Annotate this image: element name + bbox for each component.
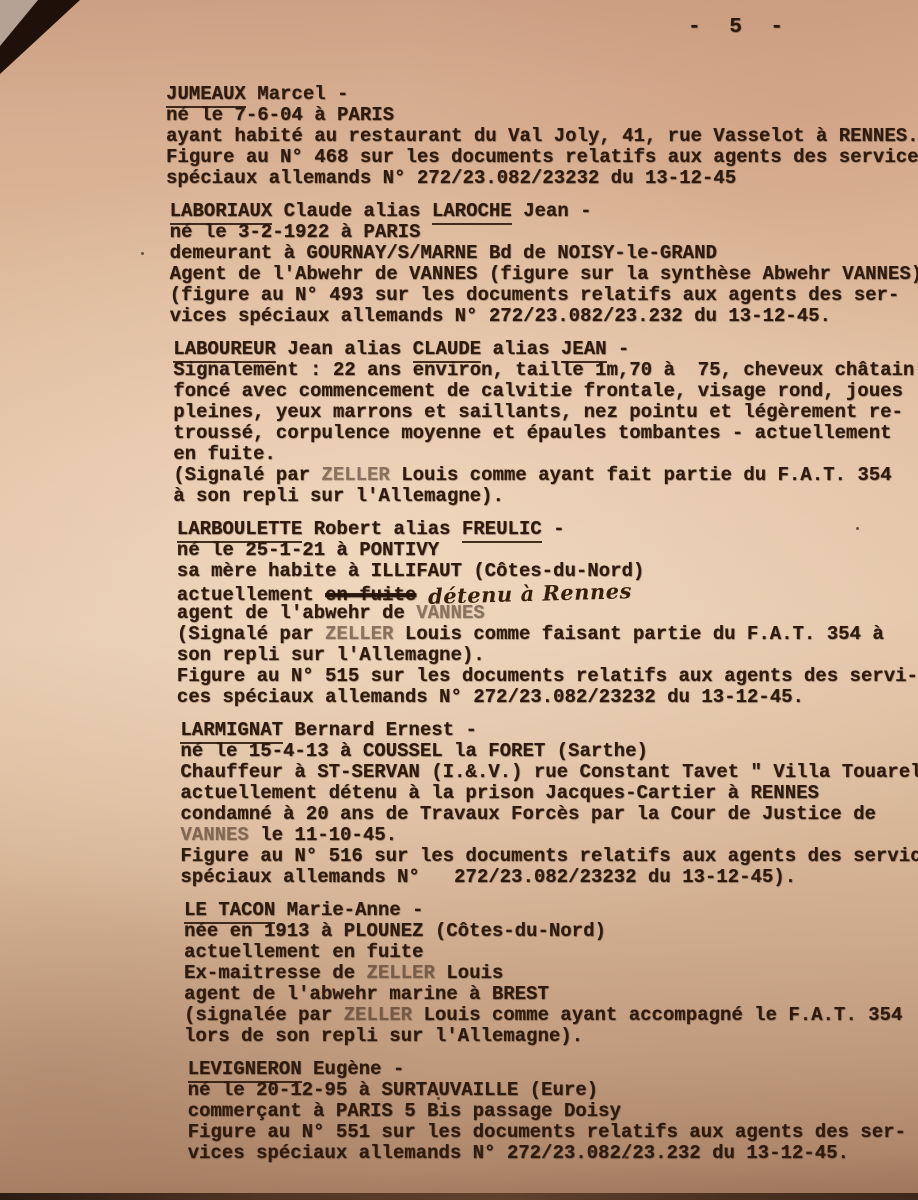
- ink-speck: [856, 527, 859, 530]
- text-run: à son repli sur l'Allemagne).: [173, 485, 504, 507]
- text-run: ces spéciaux allemands N° 272/23.082/232…: [177, 686, 804, 708]
- text-run: ZELLER: [325, 623, 393, 645]
- entry-jumeaux-marcel: JUMEAUX Marcel -né le 7-6-04 à PARISayan…: [0, 84, 918, 189]
- text-run: Jean -: [512, 200, 592, 222]
- entry-line: né le 7-6-04 à PARIS: [166, 105, 918, 126]
- text-run: actuellement en fuite: [184, 941, 423, 963]
- entry-line: Agent de l'Abwehr de VANNES (figure sur …: [170, 264, 918, 285]
- entry-line: actuellement détenu à la prison Jacques-…: [180, 783, 918, 804]
- text-run: née en 1913 à PLOUNEZ (Côtes-du-Nord): [184, 920, 606, 942]
- text-run: Figure au N° 551 sur les documents relat…: [188, 1121, 906, 1143]
- entry-heading: LABOUREUR Jean alias CLAUDE alias JEAN -: [173, 339, 918, 360]
- entry-line: à son repli sur l'Allemagne).: [173, 486, 918, 507]
- entry-line: en fuite.: [173, 444, 918, 465]
- text-run: troussé, corpulence moyenne et épaules t…: [173, 422, 891, 444]
- text-run: son repli sur l'Allemagne).: [177, 644, 485, 666]
- text-run: Marie-Anne -: [275, 899, 423, 921]
- text-run: (Signalé par: [173, 464, 321, 486]
- text-run: vices spéciaux allemands N° 272/23.082/2…: [170, 305, 831, 327]
- text-run: VANNES: [416, 602, 484, 624]
- text-run: Agent de l'Abwehr de VANNES (figure sur …: [170, 263, 918, 285]
- text-run: condamné à 20 ans de Travaux Forcès par …: [180, 803, 876, 825]
- text-run: Claude alias: [272, 200, 432, 222]
- text-run: Eugène -: [302, 1058, 405, 1080]
- text-run: Figure au N° 516 sur les documents relat…: [180, 845, 918, 867]
- entry-le-tacon-marie-anne: LE TACON Marie-Anne -née en 1913 à PLOUN…: [0, 900, 918, 1047]
- entry-line: agent de l'abwehr marine à BREST: [184, 984, 918, 1005]
- text-run: Louis comme faisant partie du F.A.T. 354…: [393, 623, 883, 645]
- text-run: Chauffeur à ST-SERVAN (I.&.V.) rue Const…: [180, 761, 918, 783]
- text-run: lors de son repli sur l'Allemagne).: [184, 1025, 583, 1047]
- entry-laboureur-jean: LABOUREUR Jean alias CLAUDE alias JEAN -…: [0, 339, 918, 507]
- entry-laboriaux-claude: LABORIAUX Claude alias LAROCHE Jean -né …: [0, 201, 918, 327]
- text-run: foncé avec commencement de calvitie fron…: [173, 380, 903, 402]
- entry-heading: LEVIGNERON Eugène -: [188, 1059, 918, 1080]
- entry-heading: LARMIGNAT Bernard Ernest -: [180, 720, 918, 741]
- entry-line: née en 1913 à PLOUNEZ (Côtes-du-Nord): [184, 921, 918, 942]
- entry-line: VANNES le 11-10-45.: [180, 825, 918, 846]
- entry-line: Figure au N° 515 sur les documents relat…: [177, 666, 918, 687]
- text-run: ZELLER: [344, 1004, 412, 1026]
- entry-levigneron-eugene: LEVIGNERON Eugène -né le 20-12-95 à SURT…: [0, 1059, 918, 1164]
- text-run: vices spéciaux allemands N° 272/23.082/2…: [188, 1142, 849, 1164]
- text-run: commerçant à PARIS 5 Bis passage Doisy: [188, 1100, 621, 1122]
- entry-line: Ex-maitresse de ZELLER Louis: [184, 963, 918, 984]
- scan-edge-bottom: [0, 1193, 918, 1200]
- text-run: Figure au N° 515 sur les documents relat…: [177, 665, 918, 687]
- entry-line: né le 3-2-1922 à PARIS: [170, 222, 918, 243]
- text-run: ayant habité au restaurant du Val Joly, …: [166, 125, 918, 147]
- text-run: Marcel -: [246, 83, 349, 105]
- text-run: spéciaux allemands N° 272/23.082/23232 d…: [166, 167, 736, 189]
- entry-line: actuellement en fuite détenu à Rennes: [177, 582, 918, 603]
- entry-line: vices spéciaux allemands N° 272/23.082/2…: [188, 1143, 918, 1164]
- entry-line: vices spéciaux allemands N° 272/23.082/2…: [170, 306, 918, 327]
- entry-line: demeurant à GOURNAY/S/MARNE Bd de NOISY-…: [170, 243, 918, 264]
- text-run: né le 20-12-95 à SURTAUVAILLE (Eure): [188, 1079, 598, 1101]
- text-run: Ex-maitresse de: [184, 962, 366, 984]
- text-run: Figure au N° 468 sur les documents relat…: [166, 146, 918, 168]
- entry-line: actuellement en fuite: [184, 942, 918, 963]
- entry-line: Figure au N° 516 sur les documents relat…: [180, 846, 918, 867]
- underlined-name: FREULIC: [462, 518, 542, 543]
- text-run: spéciaux allemands N° 272/23.082/23232 d…: [180, 866, 796, 888]
- entry-line: ayant habité au restaurant du Val Joly, …: [166, 126, 918, 147]
- text-run: pleines, yeux marrons et saillants, nez …: [173, 401, 903, 423]
- entry-line: agent de l'abwehr de VANNES: [177, 603, 918, 624]
- text-run: ZELLER: [321, 464, 389, 486]
- entry-line: (figure au N° 493 sur les documents rela…: [170, 285, 918, 306]
- text-run: sa mère habite à ILLIFAUT (Côtes-du-Nord…: [177, 560, 644, 582]
- entry-line: sa mère habite à ILLIFAUT (Côtes-du-Nord…: [177, 561, 918, 582]
- text-run: Signalement : 22 ans environ, taille 1m,…: [173, 359, 914, 381]
- text-run: né le 7-6-04 à PARIS: [166, 104, 394, 126]
- ink-speck: [437, 1097, 440, 1100]
- text-run: né le 15-4-13 à COUSSEL la FORET (Sarthe…: [180, 740, 647, 762]
- text-run: agent de l'abwehr marine à BREST: [184, 983, 549, 1005]
- page-number: - 5 -: [688, 16, 791, 39]
- entries: JUMEAUX Marcel -né le 7-6-04 à PARISayan…: [0, 84, 918, 1176]
- entry-line: (Signalé par ZELLER Louis comme faisant …: [177, 624, 918, 645]
- entry-line: né le 15-4-13 à COUSSEL la FORET (Sarthe…: [180, 741, 918, 762]
- entry-line: lors de son repli sur l'Allemagne).: [184, 1026, 918, 1047]
- text-run: (signalée par: [184, 1004, 344, 1026]
- text-run: -: [542, 518, 565, 540]
- text-run: Louis: [435, 962, 503, 984]
- ink-speck: [625, 1156, 629, 1159]
- entry-line: Figure au N° 468 sur les documents relat…: [166, 147, 918, 168]
- text-run: (figure au N° 493 sur les documents rela…: [170, 284, 900, 306]
- text-run: Jean alias: [276, 338, 413, 360]
- entry-larboulette-robert: LARBOULETTE Robert alias FREULIC -né le …: [0, 519, 918, 708]
- text-run: agent de l'abwehr de: [177, 602, 416, 624]
- text-run: en fuite.: [173, 443, 276, 465]
- entry-line: né le 20-12-95 à SURTAUVAILLE (Eure): [188, 1080, 918, 1101]
- entry-line: (signalée par ZELLER Louis comme ayant a…: [184, 1005, 918, 1026]
- entry-larmignat-bernard: LARMIGNAT Bernard Ernest -né le 15-4-13 …: [0, 720, 918, 888]
- text-run: Bernard Ernest -: [283, 719, 477, 741]
- text-run: VANNES: [180, 824, 248, 846]
- entry-line: spéciaux allemands N° 272/23.082/23232 d…: [166, 168, 918, 189]
- entry-line: Signalement : 22 ans environ, taille 1m,…: [173, 360, 918, 381]
- text-run: Louis comme ayant accompagné le F.A.T. 3…: [412, 1004, 902, 1026]
- text-run: -: [607, 338, 630, 360]
- ink-speck: [141, 252, 144, 255]
- text-run: Robert alias: [302, 518, 462, 540]
- entry-heading: LABORIAUX Claude alias LAROCHE Jean -: [170, 201, 918, 222]
- entry-heading: LE TACON Marie-Anne -: [184, 900, 918, 921]
- entry-line: né le 25-1-21 à PONTIVY: [177, 540, 918, 561]
- text-run: actuellement détenu à la prison Jacques-…: [180, 782, 819, 804]
- scanned-document-page: - 5 - JUMEAUX Marcel -né le 7-6-04 à PAR…: [0, 0, 918, 1200]
- entry-line: commerçant à PARIS 5 Bis passage Doisy: [188, 1101, 918, 1122]
- entry-line: condamné à 20 ans de Travaux Forcès par …: [180, 804, 918, 825]
- entry-line: Figure au N° 551 sur les documents relat…: [188, 1122, 918, 1143]
- underlined-name: LAROCHE: [432, 200, 512, 225]
- entry-line: pleines, yeux marrons et saillants, nez …: [173, 402, 918, 423]
- text-run: né le 25-1-21 à PONTIVY: [177, 539, 439, 561]
- text-run: ZELLER: [366, 962, 434, 984]
- text-run: alias: [481, 338, 561, 360]
- entry-line: son repli sur l'Allemagne).: [177, 645, 918, 666]
- entry-line: troussé, corpulence moyenne et épaules t…: [173, 423, 918, 444]
- entry-heading: LARBOULETTE Robert alias FREULIC -: [177, 519, 918, 540]
- entry-line: foncé avec commencement de calvitie fron…: [173, 381, 918, 402]
- entry-line: Chauffeur à ST-SERVAN (I.&.V.) rue Const…: [180, 762, 918, 783]
- text-run: Louis comme ayant fait partie du F.A.T. …: [390, 464, 892, 486]
- entry-line: ces spéciaux allemands N° 272/23.082/232…: [177, 687, 918, 708]
- text-run: le 11-10-45.: [249, 824, 397, 846]
- entry-line: (Signalé par ZELLER Louis comme ayant fa…: [173, 465, 918, 486]
- text-run: (Signalé par: [177, 623, 325, 645]
- entry-line: spéciaux allemands N° 272/23.082/23232 d…: [180, 867, 918, 888]
- text-run: demeurant à GOURNAY/S/MARNE Bd de NOISY-…: [170, 242, 717, 264]
- text-run: né le 3-2-1922 à PARIS: [170, 221, 421, 243]
- entry-heading: JUMEAUX Marcel -: [166, 84, 918, 105]
